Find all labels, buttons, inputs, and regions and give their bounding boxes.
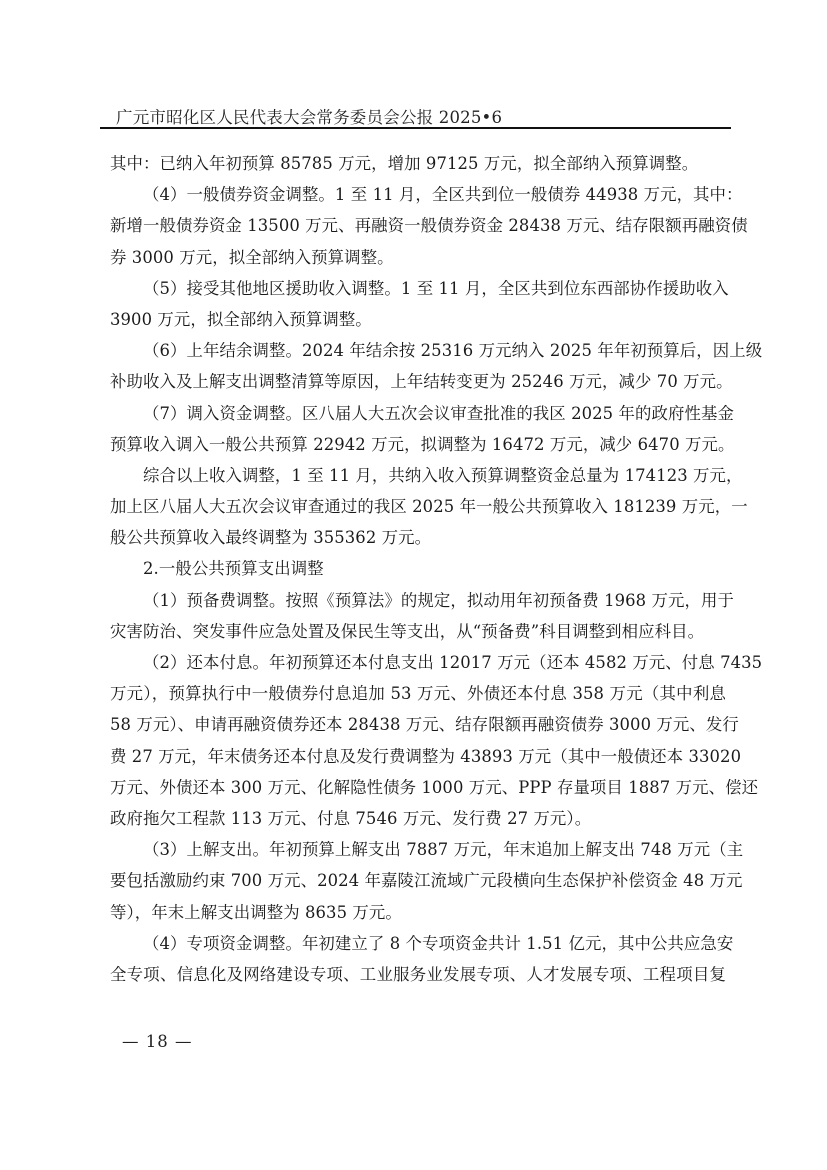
text-line: （7）调入资金调整。区八届人大五次会议审查批准的我区 2025 年的政府性基金 [110, 398, 726, 429]
text-line: （3）上解支出。年初预算上解支出 7887 万元，年末追加上解支出 748 万元… [110, 834, 726, 865]
text-line: 万元），预算执行中一般债券付息追加 53 万元、外债还本付息 358 万元（其中… [110, 678, 726, 709]
text-line: 政府拖欠工程款 113 万元、付息 7546 万元、发行费 27 万元）。 [110, 803, 726, 834]
text-line: 要包括激励约束 700 万元、2024 年嘉陵江流域广元段横向生态保护补偿资金 … [110, 865, 726, 896]
text-line: （1）预备费调整。按照《预算法》的规定，拟动用年初预备费 1968 万元，用于 [110, 585, 726, 616]
text-line: 2.一般公共预算支出调整 [110, 553, 726, 584]
text-line: （2）还本付息。年初预算还本付息支出 12017 万元（还本 4582 万元、付… [110, 647, 726, 678]
text-line: 3900 万元，拟全部纳入预算调整。 [110, 304, 726, 335]
text-line: 券 3000 万元，拟全部纳入预算调整。 [110, 242, 726, 273]
text-line: 58 万元）、申请再融资债券还本 28438 万元、结存限额再融资债券 3000… [110, 709, 726, 740]
text-line: 新增一般债券资金 13500 万元、再融资一般债券资金 28438 万元、结存限… [110, 210, 726, 241]
text-line: （6）上年结余调整。2024 年结余按 25316 万元纳入 2025 年年初预… [110, 335, 726, 366]
page-number: — 18 — [122, 1032, 193, 1051]
text-line: 全专项、信息化及网络建设专项、工业服务业发展专项、人才发展专项、工程项目复 [110, 959, 726, 990]
text-line: 预算收入调入一般公共预算 22942 万元，拟调整为 16472 万元，减少 6… [110, 429, 726, 460]
running-header: 广元市昭化区人民代表大会常务委员会公报 2025•6 [116, 104, 502, 128]
text-line: 等），年末上解支出调整为 8635 万元。 [110, 897, 726, 928]
body-text: 其中：已纳入年初预算 85785 万元，增加 97125 万元，拟全部纳入预算调… [110, 148, 726, 990]
text-line: 般公共预算收入最终调整为 355362 万元。 [110, 522, 726, 553]
text-line: 补助收入及上解支出调整清算等原因，上年结转变更为 25246 万元，减少 70 … [110, 366, 726, 397]
text-line: 综合以上收入调整，1 至 11 月，共纳入收入预算调整资金总量为 174123 … [110, 460, 726, 491]
text-line: 其中：已纳入年初预算 85785 万元，增加 97125 万元，拟全部纳入预算调… [110, 148, 726, 179]
header-divider [100, 127, 731, 129]
text-line: 灾害防治、突发事件应急处置及保民生等支出，从“预备费”科目调整到相应科目。 [110, 616, 726, 647]
text-line: 万元、外债还本 300 万元、化解隐性债务 1000 万元、PPP 存量项目 1… [110, 772, 726, 803]
text-line: （4）一般债券资金调整。1 至 11 月，全区共到位一般债券 44938 万元，… [110, 179, 726, 210]
text-line: （4）专项资金调整。年初建立了 8 个专项资金共计 1.51 亿元，其中公共应急… [110, 928, 726, 959]
text-line: 加上区八届人大五次会议审查通过的我区 2025 年一般公共预算收入 181239… [110, 491, 726, 522]
text-line: 费 27 万元，年末债务还本付息及发行费调整为 43893 万元（其中一般债还本… [110, 741, 726, 772]
text-line: （5）接受其他地区援助收入调整。1 至 11 月，全区共到位东西部协作援助收入 [110, 273, 726, 304]
